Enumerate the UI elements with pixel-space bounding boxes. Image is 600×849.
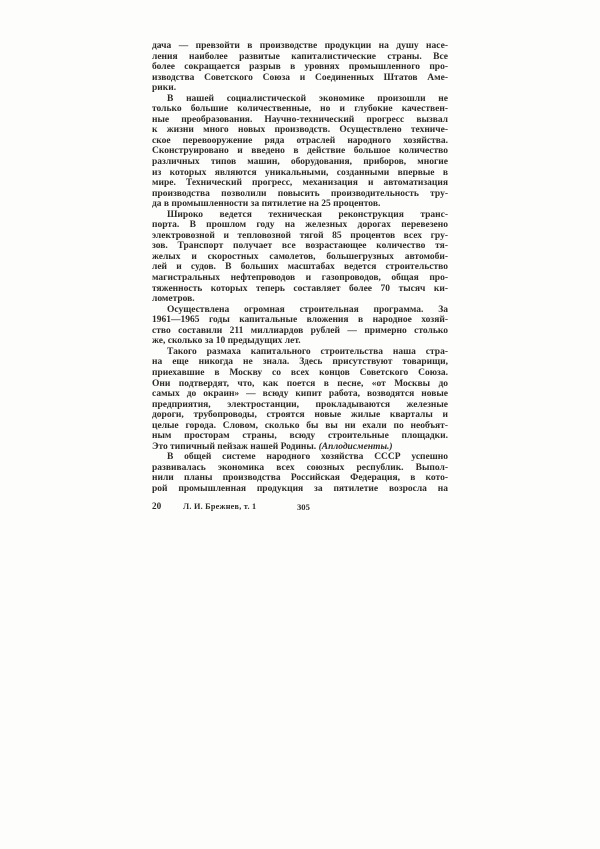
text-line: ные преобразования. Научно-технический п… (152, 115, 448, 126)
text-line: электровозной и тепловозной тягой 85 про… (152, 231, 448, 242)
printer-signature-number: 20 (152, 501, 161, 511)
text-line: лометров. (152, 294, 448, 305)
text-line: к жизни много новых производств. Осущест… (152, 125, 448, 136)
text-line: целые города. Словом, сколько бы вы ни е… (152, 421, 448, 432)
text-line: дороги, трубопроводы, строятся новые жил… (152, 410, 448, 421)
stage-direction-applause: (Аплодисменты.) (319, 442, 393, 452)
edition-signature-label: Л. И. Брежнев, т. 1 (183, 502, 256, 511)
text-line: рики. (152, 83, 448, 94)
text-line: самых до окраин» — всюду кипит работа, в… (152, 389, 448, 400)
text-line: производства позволили повысить производ… (152, 189, 448, 200)
text-line: В нашей социалистической экономике произ… (152, 94, 448, 105)
text-line: Сконструировано и введено в действие бол… (152, 146, 448, 157)
text-line: магистральных нефтепроводов и газопровод… (152, 273, 448, 284)
text-line: же, сколько за 10 предыдущих лет. (152, 336, 448, 347)
text-line: приехавшие в Москву со всех концов Совет… (152, 368, 448, 379)
text-line: тяженность которых теперь составляет бол… (152, 284, 448, 295)
text-line: на еще никогда не знала. Здесь присутств… (152, 357, 448, 368)
text-line: желых и скоростных самолетов, большегруз… (152, 252, 448, 263)
text-line: да в промышленности за пятилетие на 25 п… (152, 199, 448, 210)
book-page: дача — превзойти в производстве продукци… (0, 0, 600, 849)
text-line: только большие количественные, но и глуб… (152, 104, 448, 115)
text-line: дача — превзойти в производстве продукци… (152, 41, 448, 52)
text-block: дача — превзойти в производстве продукци… (152, 41, 448, 495)
text-line: мире. Технический прогресс, механизация … (152, 178, 448, 189)
text-line: Это типичный пейзаж нашей Родины. (Аплод… (152, 442, 448, 453)
text-line: Такого размаха капитального строительств… (152, 347, 448, 358)
text-line: порта. В прошлом году на железных дорога… (152, 220, 448, 231)
text-line: 1961—1965 годы капитальные вложения в на… (152, 315, 448, 326)
text-line: В общей системе народного хозяйства СССР… (152, 452, 448, 463)
text-line: развивалась экономика всех союзных респу… (152, 463, 448, 474)
text-line: различных типов машин, оборудования, при… (152, 157, 448, 168)
text-line: из которых являются уникальными, созданн… (152, 168, 448, 179)
page-number: 305 (297, 502, 310, 512)
text-line: предприятия, электростанции, прокладываю… (152, 400, 448, 411)
text-line: Осуществлена огромная строительная прогр… (152, 305, 448, 316)
text-line: лей и судов. В больших масштабах ведется… (152, 262, 448, 273)
text-line: нили планы производства Российская Федер… (152, 473, 448, 484)
text-line: рой промышленная продукция за пятилетие … (152, 484, 448, 495)
text-line: ным просторам страны, всюду строительные… (152, 431, 448, 442)
text-line: зов. Транспорт получает все возрастающее… (152, 241, 448, 252)
text-line: Они подтвердят, что, как поется в песне,… (152, 379, 448, 390)
text-line: ство составили 211 миллиардов рублей — п… (152, 326, 448, 337)
text-line: более сокращается разрыв в уровнях промы… (152, 62, 448, 73)
text-line: ления наиболее развитые капиталистически… (152, 52, 448, 63)
text-line: изводства Советского Союза и Соединенных… (152, 73, 448, 84)
text-line: ское перевооружение ряда отраслей народн… (152, 136, 448, 147)
page-footer: 20 Л. И. Брежнев, т. 1 305 (0, 501, 600, 513)
text-line: Широко ведется техническая реконструкция… (152, 210, 448, 221)
text-segment: Это типичный пейзаж нашей Родины. (152, 442, 319, 452)
